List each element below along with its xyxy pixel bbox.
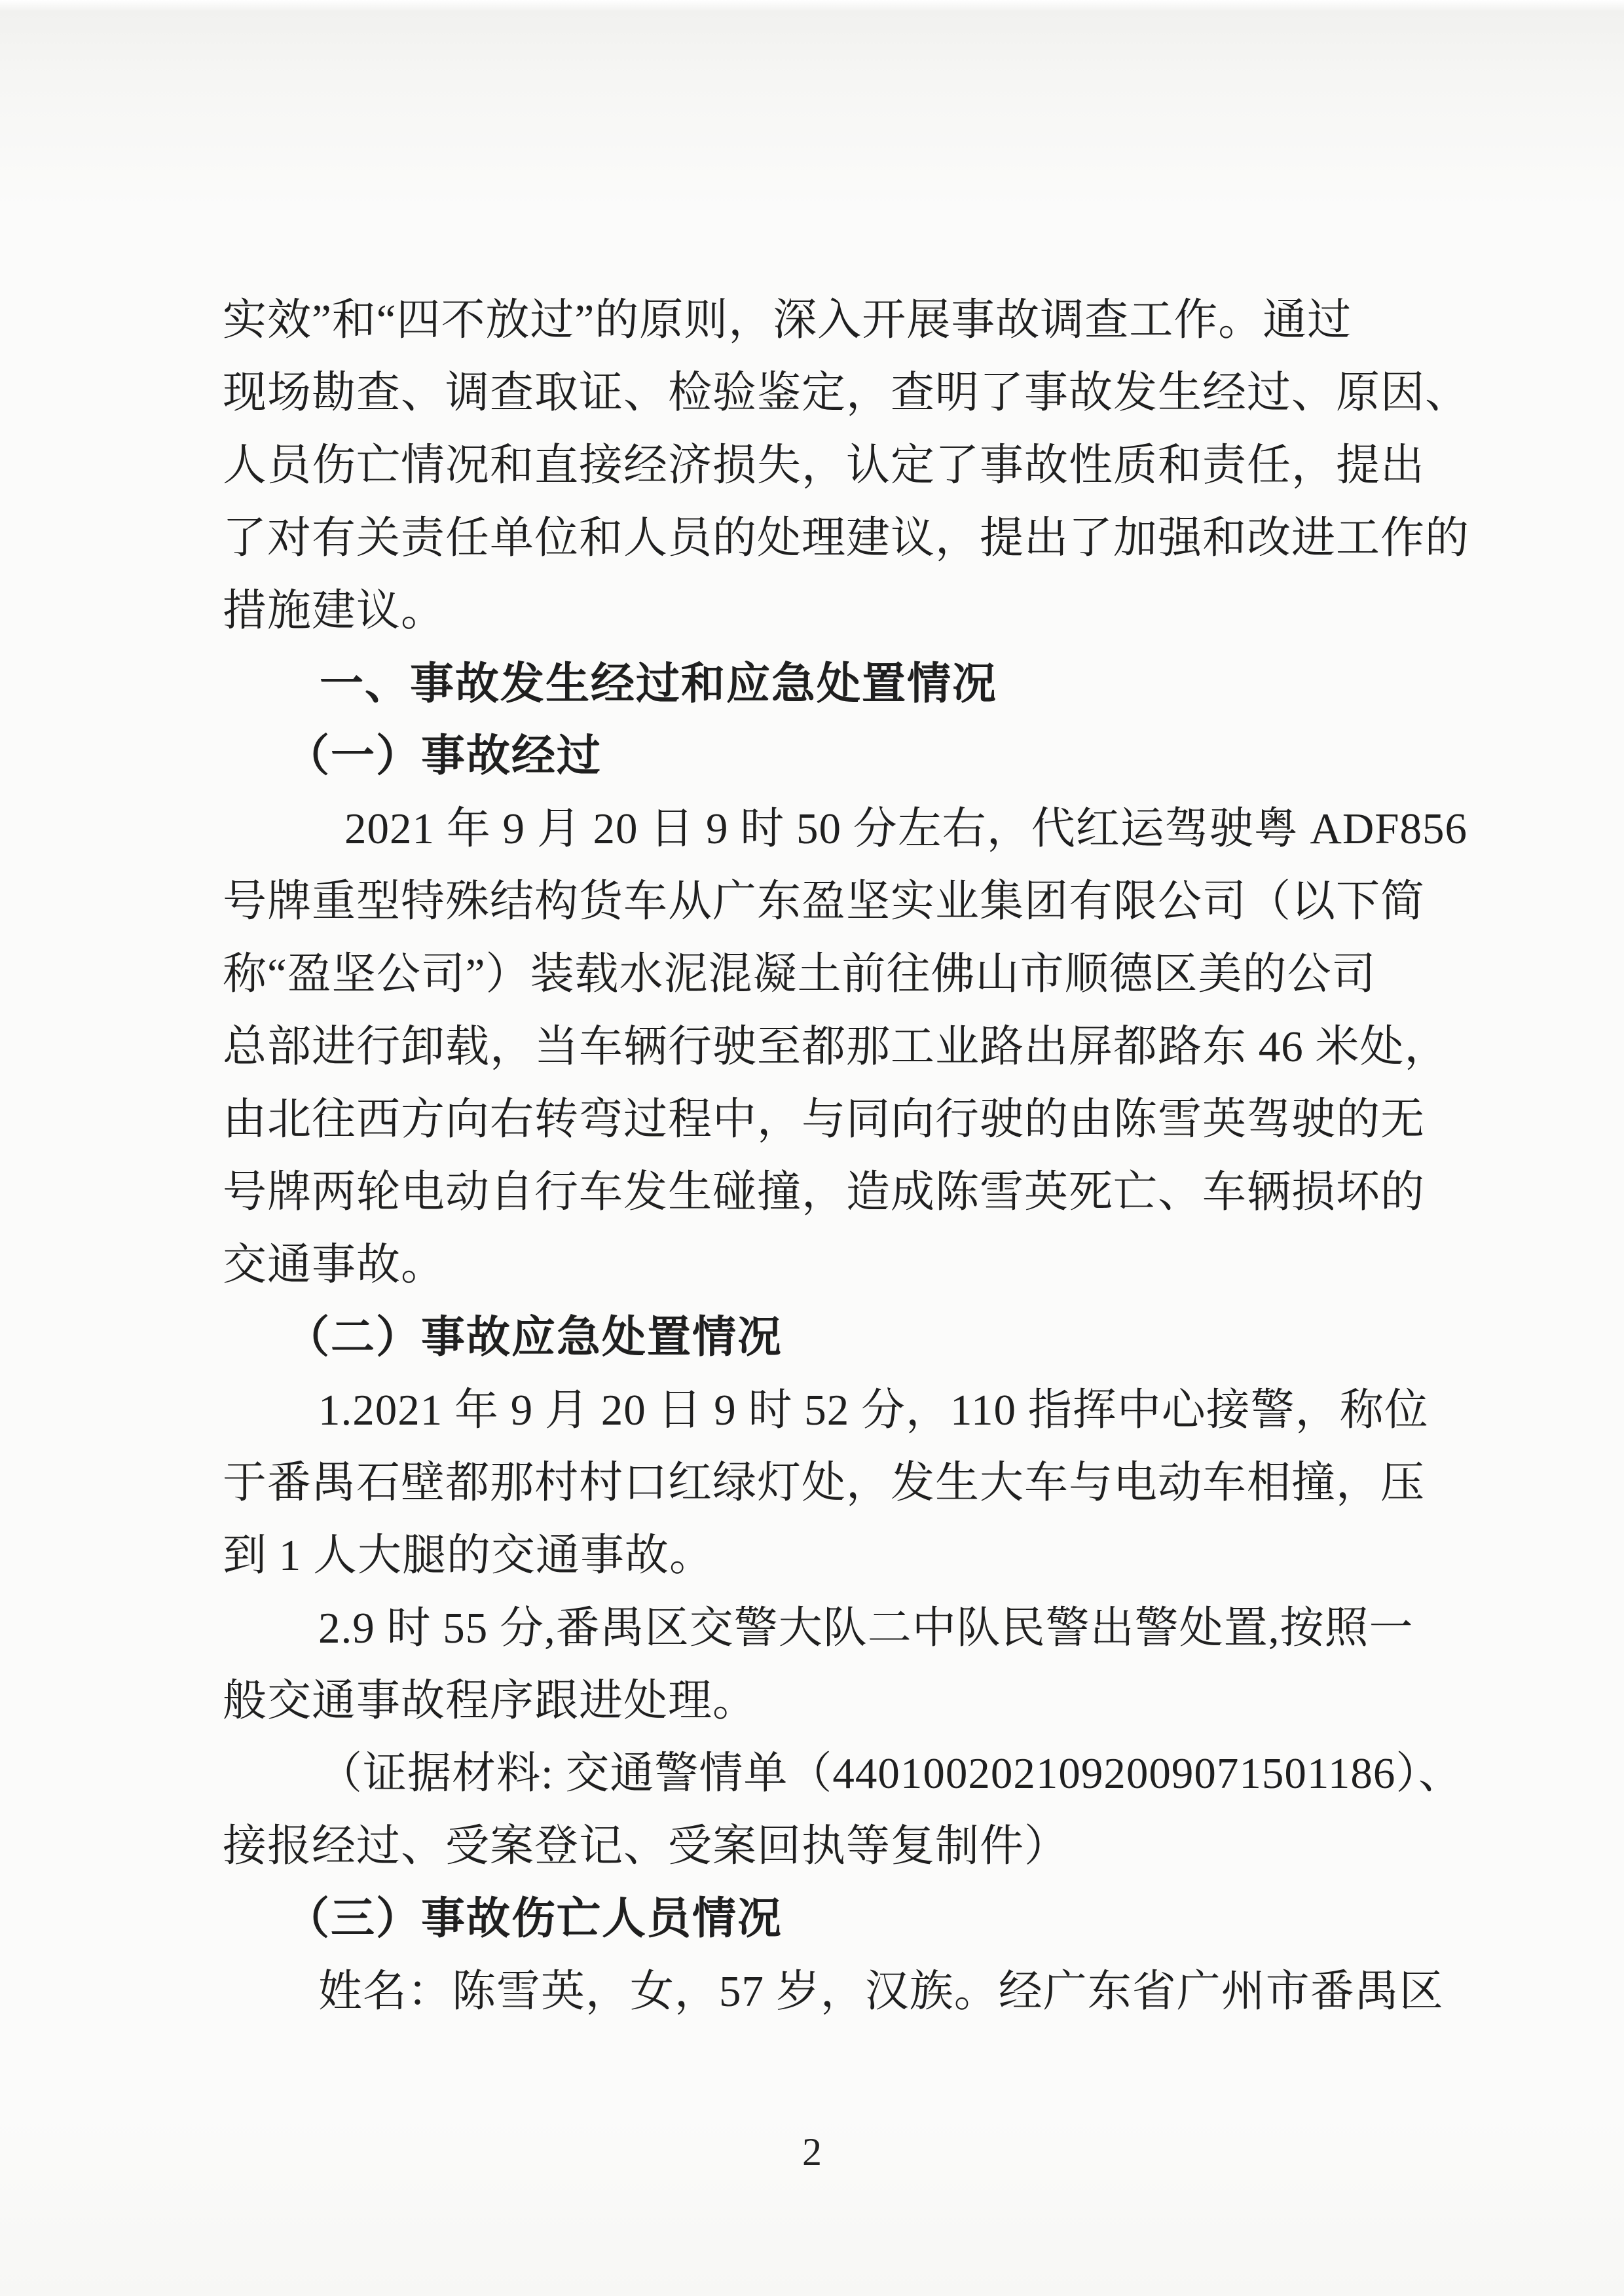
body-line: 1.2021 年 9 月 20 日 9 时 52 分，110 指挥中心接警，称位 xyxy=(223,1374,1420,1447)
body-line: 人员伤亡情况和直接经济损失，认定了事故性质和责任，提出 xyxy=(223,429,1420,502)
body-line: 交通事故。 xyxy=(223,1229,1420,1302)
casualty-paragraph: 姓名：陈雪英，女，57 岁，汉族。经广东省广州市番禺区 xyxy=(223,1956,1420,2028)
body-line: 实效”和“四不放过”的原则，深入开展事故调查工作。通过 xyxy=(223,284,1420,357)
body-line: 接报经过、受案登记、受案回执等复制件） xyxy=(223,1810,1420,1883)
body-line: 般交通事故程序跟进处理。 xyxy=(223,1665,1420,1738)
accident-course-paragraph: 2021 年 9 月 20 日 9 时 50 分左右，代红运驾驶粤 ADF856… xyxy=(223,793,1420,1302)
section-1-1-heading: （一）事故经过 xyxy=(223,720,1420,793)
document-page: 实效”和“四不放过”的原则，深入开展事故调查工作。通过 现场勘查、调查取证、检验… xyxy=(0,0,1624,2296)
body-line: 号牌两轮电动自行车发生碰撞，造成陈雪英死亡、车辆损坏的 xyxy=(223,1156,1420,1229)
body-line: 2021 年 9 月 20 日 9 时 50 分左右，代红运驾驶粤 ADF856 xyxy=(223,793,1420,866)
page-footer: 2 xyxy=(0,2116,1624,2189)
body-line: 措施建议。 xyxy=(223,575,1420,647)
intro-paragraph: 实效”和“四不放过”的原则，深入开展事故调查工作。通过 现场勘查、调查取证、检验… xyxy=(223,284,1420,647)
body-line: 了对有关责任单位和人员的处理建议，提出了加强和改进工作的 xyxy=(223,502,1420,575)
body-line: 现场勘查、调查取证、检验鉴定，查明了事故发生经过、原因、 xyxy=(223,357,1420,429)
body-line: 称“盈坚公司”）装载水泥混凝土前往佛山市顺德区美的公司 xyxy=(223,938,1420,1011)
emergency-response-item-1: 1.2021 年 9 月 20 日 9 时 52 分，110 指挥中心接警，称位… xyxy=(223,1374,1420,1592)
evidence-note: （证据材料: 交通警情单（4401002021092009071501186）、… xyxy=(223,1738,1420,1883)
report-body: 实效”和“四不放过”的原则，深入开展事故调查工作。通过 现场勘查、调查取证、检验… xyxy=(223,284,1420,2028)
section-1-2-heading: （二）事故应急处置情况 xyxy=(223,1302,1420,1374)
page-number: 2 xyxy=(802,2130,822,2174)
section-1-3-heading: （三）事故伤亡人员情况 xyxy=(223,1883,1420,1956)
body-line: 总部进行卸载，当车辆行驶至都那工业路出屏都路东 46 米处， xyxy=(223,1011,1420,1084)
body-line: 号牌重型特殊结构货车从广东盈坚实业集团有限公司（以下简 xyxy=(223,866,1420,938)
emergency-response-item-2: 2.9 时 55 分,番禺区交警大队二中队民警出警处置,按照一 般交通事故程序跟… xyxy=(223,1592,1420,1738)
body-line: 姓名：陈雪英，女，57 岁，汉族。经广东省广州市番禺区 xyxy=(223,1956,1420,2028)
body-line: 于番禺石壁都那村村口红绿灯处，发生大车与电动车相撞，压 xyxy=(223,1447,1420,1520)
body-line: 2.9 时 55 分,番禺区交警大队二中队民警出警处置,按照一 xyxy=(223,1592,1420,1665)
body-line: 到 1 人大腿的交通事故。 xyxy=(223,1520,1420,1592)
body-line: （证据材料: 交通警情单（4401002021092009071501186）、 xyxy=(223,1738,1420,1810)
body-line: 由北往西方向右转弯过程中，与同向行驶的由陈雪英驾驶的无 xyxy=(223,1084,1420,1156)
section-1-heading: 一、事故发生经过和应急处置情况 xyxy=(223,647,1420,720)
